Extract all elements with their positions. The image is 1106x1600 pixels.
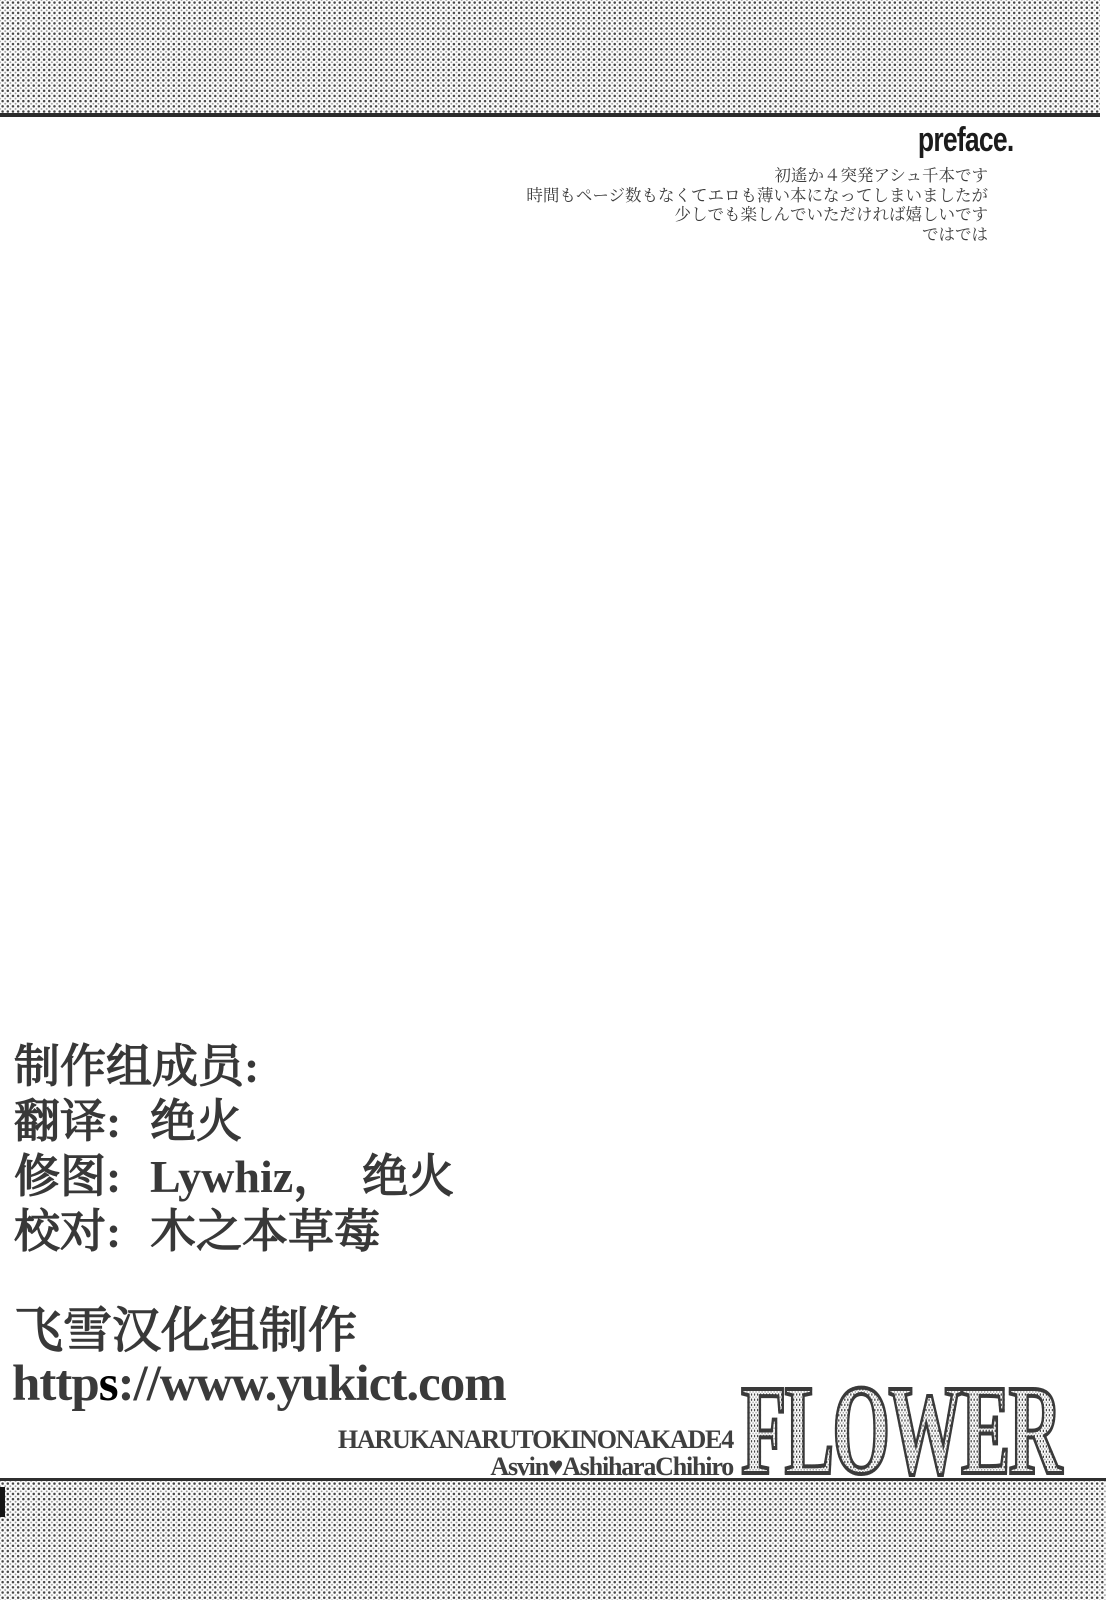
credits-block: 制作组成员: 翻译: 绝火 修图: Lywhiz， 绝火 校对: 木之本草莓 <box>14 1039 454 1259</box>
book-title-romaji: HARUKANARUTOKINONAKADE4 <box>338 1426 733 1453</box>
credit-row-proofread: 校对: 木之本草莓 <box>14 1204 454 1259</box>
scan-edge-mark <box>0 1487 5 1517</box>
credit-names: 木之本草莓 <box>150 1204 380 1259</box>
pairing-credit: Asvin♥AshiharaChihiro <box>338 1453 733 1480</box>
preface-text-block: 初遙か４突発アシュ千本です 時間もページ数もなくてエロも薄い本になってしまいまし… <box>526 166 988 244</box>
credit-role: 校对: <box>14 1204 150 1259</box>
credit-names: Lywhiz， 绝火 <box>150 1149 454 1204</box>
credits-heading: 制作组成员: <box>14 1039 454 1094</box>
top-halftone-band <box>0 0 1100 117</box>
credit-row-retouch: 修图: Lywhiz， 绝火 <box>14 1149 454 1204</box>
flower-outline-logo: FLOWER <box>741 1366 1061 1494</box>
preface-line: 初遙か４突発アシュ千本です <box>526 166 988 186</box>
url-s-letter: s <box>99 1356 118 1412</box>
preface-line: 少しでも楽しんでいただければ嬉しいです <box>526 205 988 225</box>
scanlation-group-name: 飞雪汉化组制作 <box>14 1302 357 1360</box>
doujin-credits-page: preface. 初遙か４突発アシュ千本です 時間もページ数もなくてエロも薄い本… <box>0 0 1106 1600</box>
credit-role: 修图: <box>14 1149 150 1204</box>
url-rest: ://www.yukict.com <box>118 1356 506 1412</box>
credit-row-translator: 翻译: 绝火 <box>14 1094 454 1149</box>
preface-line: ではでは <box>526 225 988 245</box>
credit-names: 绝火 <box>150 1094 242 1149</box>
credit-role: 翻译: <box>14 1094 150 1149</box>
preface-heading: preface. <box>918 123 1013 157</box>
preface-line: 時間もページ数もなくてエロも薄い本になってしまいましたが <box>526 186 988 206</box>
book-title-block: HARUKANARUTOKINONAKADE4 Asvin♥AshiharaCh… <box>338 1426 733 1480</box>
url-prefix: http <box>12 1356 99 1412</box>
website-url: https://www.yukict.com <box>12 1354 506 1414</box>
